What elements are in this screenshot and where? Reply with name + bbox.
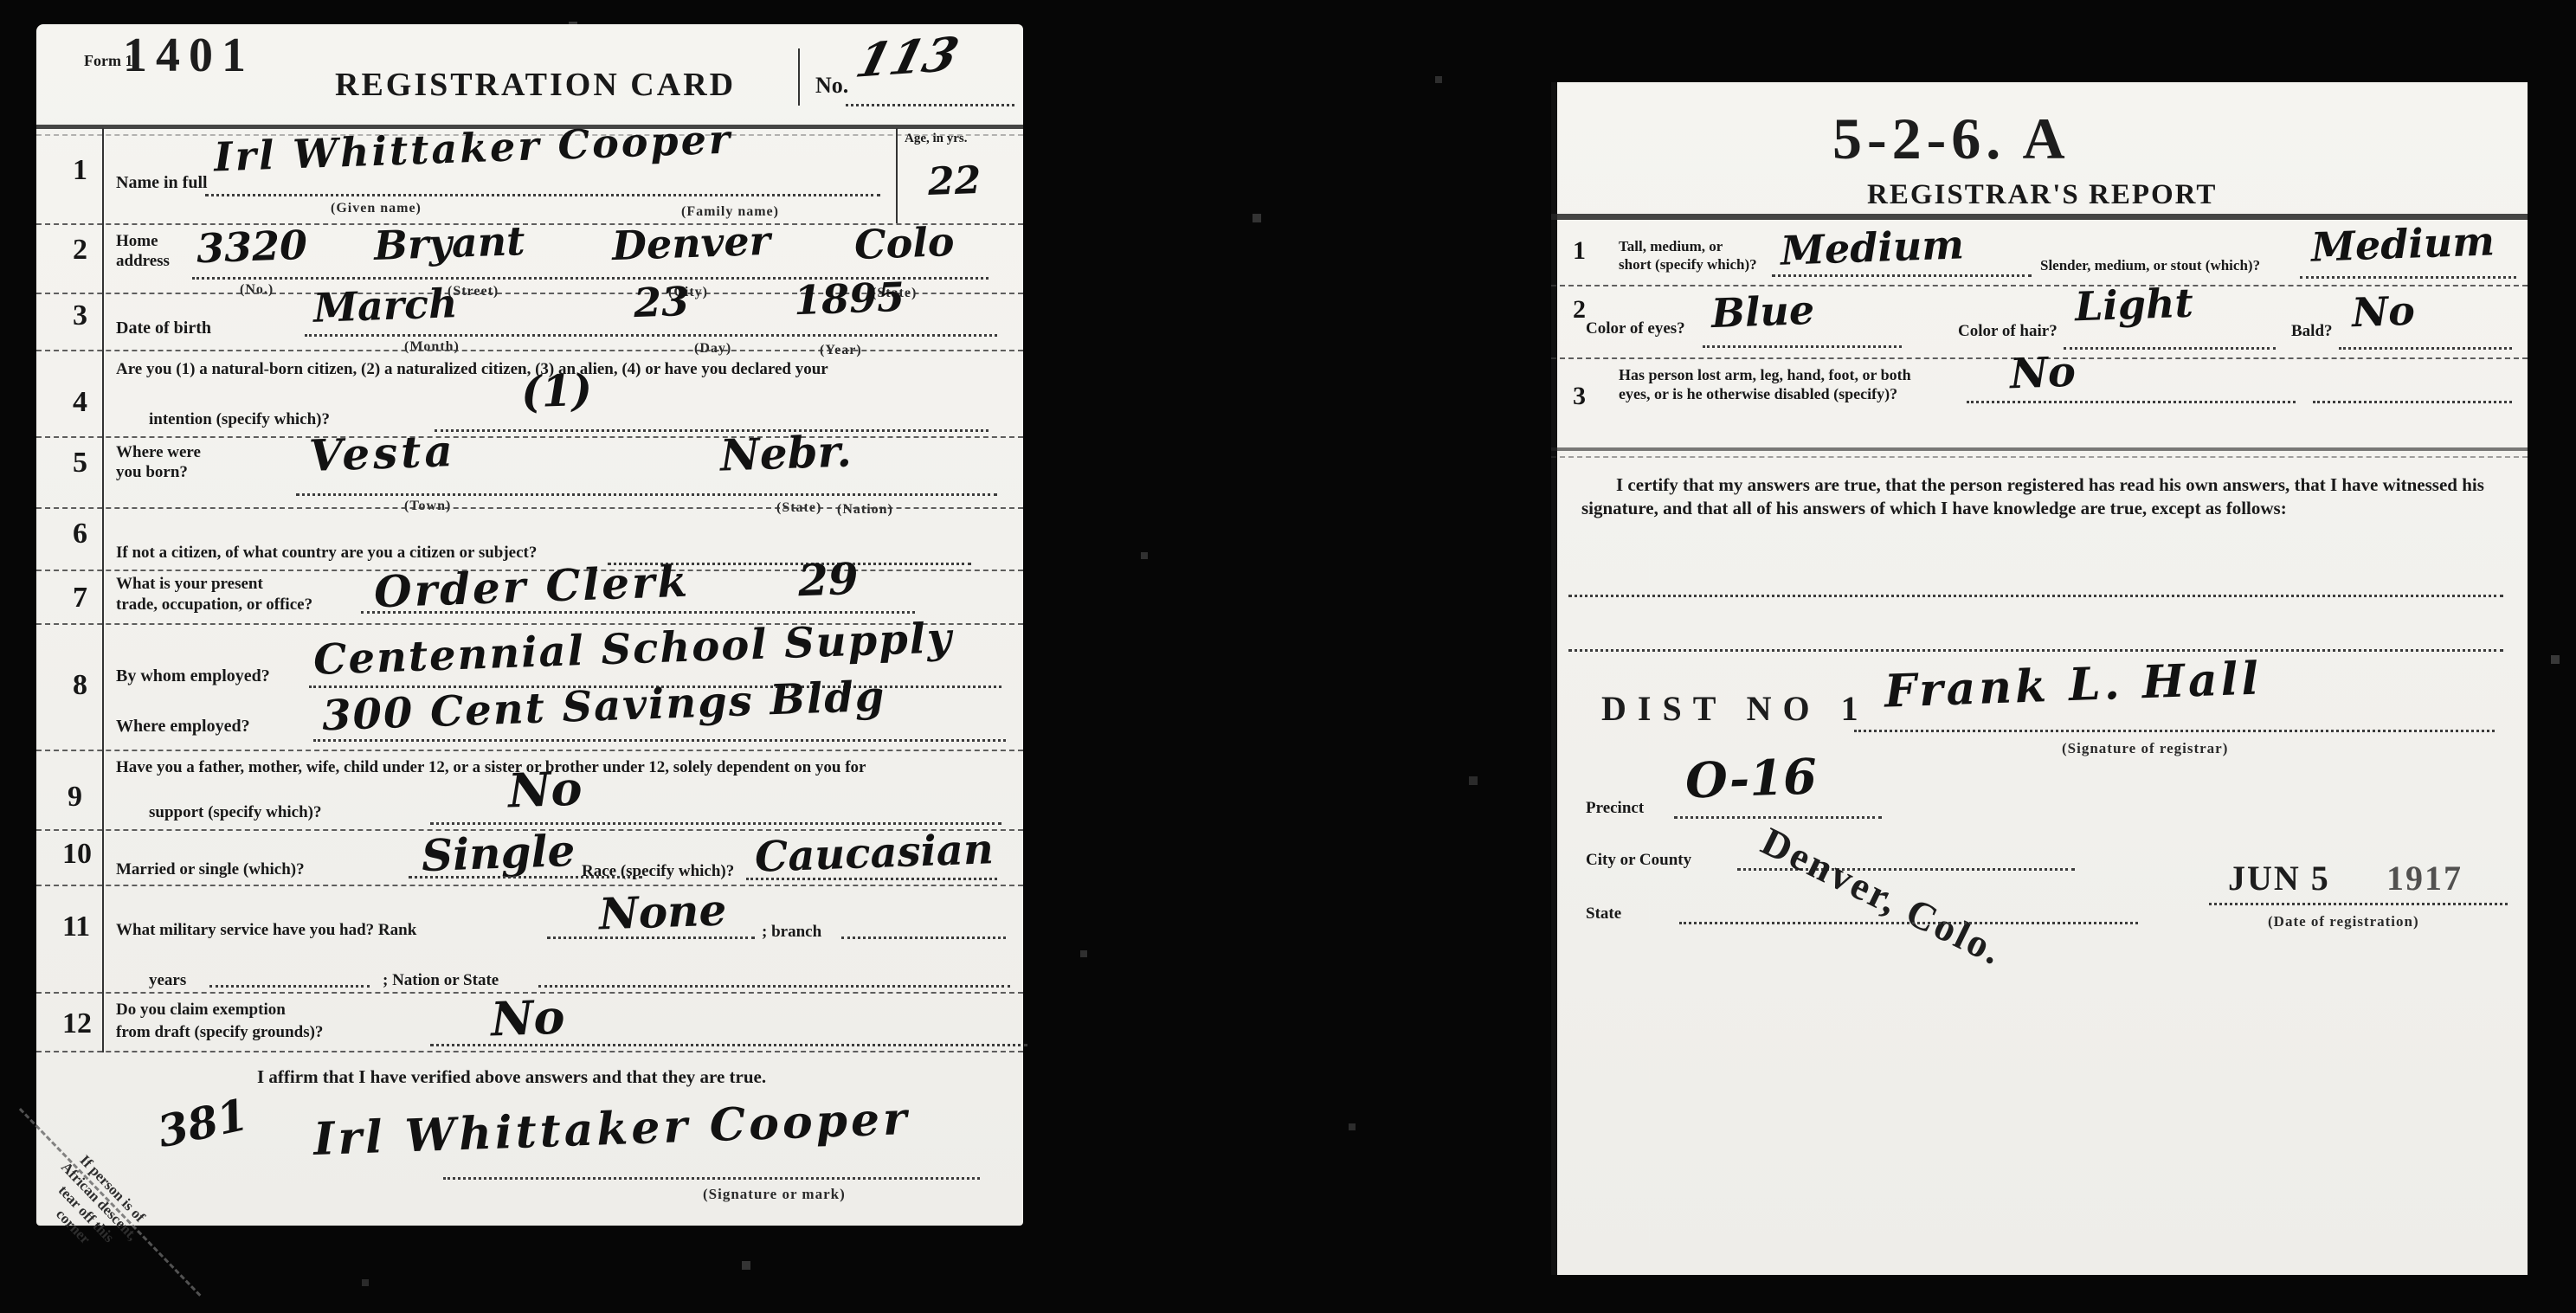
- build-label: Slender, medium, or stout (which)?: [2040, 257, 2260, 274]
- month-sublabel: (Month): [404, 339, 460, 355]
- row7-number: 7: [73, 582, 87, 615]
- branch-label: ; branch: [762, 923, 821, 942]
- citizen-value: (1): [520, 364, 593, 418]
- race-value: Caucasian: [754, 825, 995, 882]
- birth-month-value: March: [312, 280, 458, 331]
- report-section-rule-shadow: [1551, 456, 2528, 458]
- dependents-question-1: Have you a father, mother, wife, child u…: [116, 758, 866, 777]
- disability-label-2: eyes, or is he otherwise disabled (speci…: [1619, 385, 1897, 403]
- address-no-sublabel: (No.): [240, 282, 274, 298]
- serial-underline: [846, 104, 1014, 106]
- row5-rule: [36, 507, 1023, 509]
- dependents-question-2: support (specify which)?: [149, 803, 322, 822]
- height-value: Medium: [1780, 221, 1965, 274]
- row8-rule: [36, 750, 1023, 751]
- date-stamp-year: 1917: [2386, 858, 2463, 898]
- home-label-1: Home: [116, 232, 158, 251]
- registrar-signature: Frank L. Hall: [1884, 652, 2263, 718]
- country-question: If not a citizen, of what country are yo…: [116, 544, 537, 563]
- height-label-2: short (specify which)?: [1619, 256, 1757, 274]
- film-dust-speckles: [0, 0, 3, 3]
- birth-label: Date of birth: [116, 319, 211, 338]
- corner-note: If person is of African descent, tear of…: [7, 1120, 179, 1295]
- row1-number: 1: [73, 154, 87, 187]
- row11-number: 11: [62, 911, 90, 943]
- row12-number: 12: [62, 1007, 92, 1040]
- affirmation-text: I affirm that I have verified above answ…: [257, 1066, 766, 1088]
- trade-label-1: What is your present: [116, 575, 263, 594]
- dependents-line: [430, 822, 1001, 825]
- nation-state-label: ; Nation or State: [383, 971, 499, 990]
- trade-line: [361, 611, 915, 614]
- birth-year-value: 1895: [793, 274, 905, 324]
- race-label: Race (specify which)?: [582, 862, 734, 881]
- report-row1-rule: [1551, 285, 2528, 286]
- scanned-document-page: { "registration_card": { "form_label": "…: [0, 0, 2576, 1313]
- birth-day-value: 23: [633, 278, 690, 326]
- serial-no-label: No.: [815, 73, 848, 99]
- serial-no-value: 113: [851, 26, 964, 88]
- age-value: 22: [927, 158, 982, 204]
- district-stamp: DIST NO 1: [1601, 688, 1870, 729]
- row6-number: 6: [73, 518, 87, 550]
- address-no-value: 3320: [196, 222, 308, 272]
- exception-blank-line-2: [1568, 649, 2503, 652]
- citizen-question-1: Are you (1) a natural-born citizen, (2) …: [116, 360, 828, 379]
- branch-line: [841, 936, 1006, 939]
- nation-sublabel: (Nation): [837, 502, 893, 518]
- date-sublabel: (Date of registration): [2268, 913, 2419, 930]
- citizen-line: [435, 429, 989, 432]
- registrant-signature: Irl Whittaker Cooper: [312, 1092, 911, 1166]
- certification-text: I certify that my answers are true, that…: [1581, 473, 2508, 520]
- employer-label: By whom employed?: [116, 666, 270, 686]
- report-row1-number: 1: [1573, 236, 1586, 266]
- eyes-label: Color of eyes?: [1586, 319, 1685, 338]
- age-header: Age, in yrs.: [905, 132, 968, 146]
- row3-rule: [36, 350, 1023, 351]
- row4-number: 4: [73, 386, 87, 419]
- military-rank-value: None: [598, 884, 727, 939]
- bald-value: No: [2351, 287, 2416, 337]
- date-line: [2209, 903, 2508, 905]
- signature-sublabel: (Signature or mark): [703, 1186, 846, 1203]
- married-label: Married or single (which)?: [116, 860, 305, 879]
- eyes-line: [1703, 345, 1902, 348]
- exemption-value: No: [490, 989, 566, 1047]
- employed-where-value: 300 Cent Savings Bldg: [321, 673, 886, 741]
- born-label-2: you born?: [116, 463, 188, 482]
- town-sublabel: (Town): [404, 499, 451, 514]
- scan-edge-artifact: [1551, 82, 1557, 1275]
- precinct-value: O-16: [1684, 748, 1818, 809]
- header-divider-tick: [798, 48, 800, 106]
- exception-blank-line-1: [1568, 595, 2503, 597]
- disability-value: No: [2009, 348, 2077, 399]
- row3-number: 3: [73, 299, 87, 332]
- exemption-line: [430, 1044, 1027, 1046]
- height-line: [1772, 274, 2032, 277]
- registrars-report-card: 5-2-6. A REGISTRAR'S REPORT 1 Tall, medi…: [1551, 82, 2528, 1275]
- signature-line: [443, 1177, 980, 1180]
- trade-value: Order Clerk: [373, 556, 691, 618]
- build-line: [2300, 276, 2516, 279]
- name-line: [205, 194, 880, 196]
- trade-value-2: 29: [797, 553, 860, 606]
- state-line: [1679, 922, 2138, 924]
- name-label: Name in full: [116, 173, 208, 193]
- report-header-rule: [1551, 214, 2528, 220]
- registrar-signature-sublabel: (Signature of registrar): [2062, 740, 2228, 757]
- bald-label: Bald?: [2291, 322, 2333, 341]
- form-number-stamp: 1401: [123, 28, 254, 83]
- rank-line: [547, 936, 755, 939]
- report-code-stamp: 5-2-6. A: [1832, 105, 2070, 173]
- hair-value: Light: [2074, 280, 2193, 331]
- row12-rule: [36, 1051, 1023, 1052]
- born-label-1: Where were: [116, 443, 201, 462]
- report-row3-number: 3: [1573, 382, 1586, 411]
- bald-line: [2339, 347, 2512, 350]
- race-line: [746, 878, 997, 880]
- years-line: [209, 985, 370, 988]
- precinct-label: Precinct: [1586, 799, 1644, 818]
- trade-label-2: trade, occupation, or office?: [116, 595, 312, 615]
- row10-number: 10: [62, 838, 92, 871]
- age-column-rule: [896, 128, 898, 223]
- row4-rule: [36, 436, 1023, 438]
- disability-label-1: Has person lost arm, leg, hand, foot, or…: [1619, 366, 1911, 384]
- born-line: [296, 493, 997, 496]
- given-name-sublabel: (Given name): [331, 201, 422, 216]
- precinct-line: [1674, 816, 1882, 819]
- card-title: REGISTRATION CARD: [335, 66, 736, 104]
- born-state-value: Nebr.: [719, 425, 853, 480]
- years-label: years: [149, 971, 186, 990]
- row8-number: 8: [73, 669, 87, 702]
- report-row2-number: 2: [1573, 295, 1586, 325]
- report-title: REGISTRAR'S REPORT: [1867, 179, 2217, 211]
- employed-where-label: Where employed?: [116, 717, 250, 737]
- report-section-rule: [1551, 447, 2528, 451]
- registration-card: Form 1 1401 REGISTRATION CARD No. 113 1 …: [36, 24, 1023, 1226]
- registrar-signature-line: [1854, 730, 2495, 732]
- military-label: What military service have you had? Rank: [116, 921, 416, 940]
- exemption-label-1: Do you claim exemption: [116, 1001, 286, 1020]
- row5-number: 5: [73, 447, 87, 480]
- disability-line-2: [2313, 401, 2512, 403]
- date-stamp: JUN 5: [2228, 858, 2330, 898]
- row9-number: 9: [68, 781, 82, 814]
- row2-number: 2: [73, 234, 87, 267]
- address-city-value: Denver: [611, 217, 771, 269]
- pencil-serial-number: 381: [153, 1089, 252, 1157]
- disability-line-1: [1967, 401, 2296, 403]
- city-county-label: City or County: [1586, 851, 1691, 870]
- eyes-value: Blue: [1710, 286, 1815, 337]
- state-label: State: [1586, 904, 1621, 924]
- hair-line: [2064, 347, 2276, 350]
- married-value: Single: [421, 825, 576, 881]
- hair-label: Color of hair?: [1958, 322, 2058, 341]
- address-state-value: Colo: [853, 218, 955, 268]
- day-sublabel: (Day): [694, 341, 731, 357]
- row10-rule: [36, 885, 1023, 886]
- dependents-value: No: [507, 761, 583, 819]
- birth-line: [305, 334, 997, 337]
- born-town-value: Vesta: [308, 425, 457, 481]
- home-label-2: address: [116, 252, 170, 271]
- citizen-question-2: intention (specify which)?: [149, 410, 330, 429]
- nation-state-line: [538, 985, 1010, 988]
- exemption-label-2: from draft (specify grounds)?: [116, 1023, 323, 1042]
- employed-where-line: [313, 739, 1006, 742]
- build-value: Medium: [2310, 217, 2495, 270]
- row-number-column-rule: [102, 128, 104, 1052]
- height-label-1: Tall, medium, or: [1619, 238, 1723, 255]
- city-stamp: Denver, Colo.: [1755, 818, 2012, 975]
- address-street-value: Bryant: [373, 217, 525, 269]
